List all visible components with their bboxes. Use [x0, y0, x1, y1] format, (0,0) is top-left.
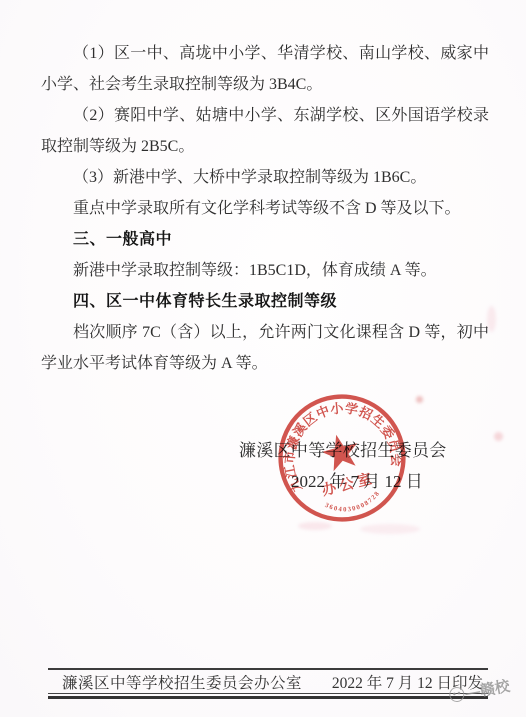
document-body: （1）区一中、高垅中小学、华清学校、南山学校、威家中小学、社会考生录取控制等级为… [41, 38, 489, 379]
paragraph-item-2: （2）赛阳中学、姑塘中小学、东湖学校、区外国语学校录取控制等级为 2B5C。 [41, 100, 489, 162]
ink-speckle [494, 432, 503, 441]
footer-issuing-office: 濂溪区中等学校招生委员会办公室 [48, 673, 302, 694]
footer-rule-thick [48, 696, 488, 699]
footer: 濂溪区中等学校招生委员会办公室 2022 年 7 月 12 日印发 [48, 673, 488, 694]
ink-speckle [360, 524, 420, 534]
footer-rule-top [48, 668, 488, 670]
section-heading-4: 四、区一中体育特长生录取控制等级 [41, 286, 489, 317]
paragraph-general-hs: 新港中学录取控制等级：1B5C1D，体育成绩 A 等。 [41, 255, 489, 286]
ink-speckle [487, 306, 496, 332]
paragraph-sports: 档次顺序 7C（含）以上，允许两门文化课程含 D 等，初中学业水平考试体育等级为… [41, 317, 489, 379]
official-seal: 九江市濂溪区中小学招生委员会 办公室 3604030008728 [255, 371, 430, 546]
seal-office-text: 办公室 [320, 469, 377, 500]
ink-speckle [416, 396, 423, 403]
paragraph-item-3: （3）新港中学、大桥中学录取控制等级为 1B6C。 [41, 162, 489, 193]
footer-rule-thin [48, 693, 488, 694]
seal-star-icon [318, 430, 362, 473]
smiley-icon [448, 686, 465, 703]
section-heading-3: 三、一般高中 [41, 224, 489, 255]
paragraph-note: 重点中学录取所有文化学科考试等级不含 D 等及以下。 [41, 193, 489, 224]
seal-graphic: 九江市濂溪区中小学招生委员会 办公室 3604030008728 [255, 371, 430, 546]
document-page: （1）区一中、高垅中小学、华清学校、南山学校、威家中小学、社会考生录取控制等级为… [0, 0, 526, 717]
paragraph-item-1: （1）区一中、高垅中小学、华清学校、南山学校、威家中小学、社会考生录取控制等级为… [41, 38, 489, 100]
